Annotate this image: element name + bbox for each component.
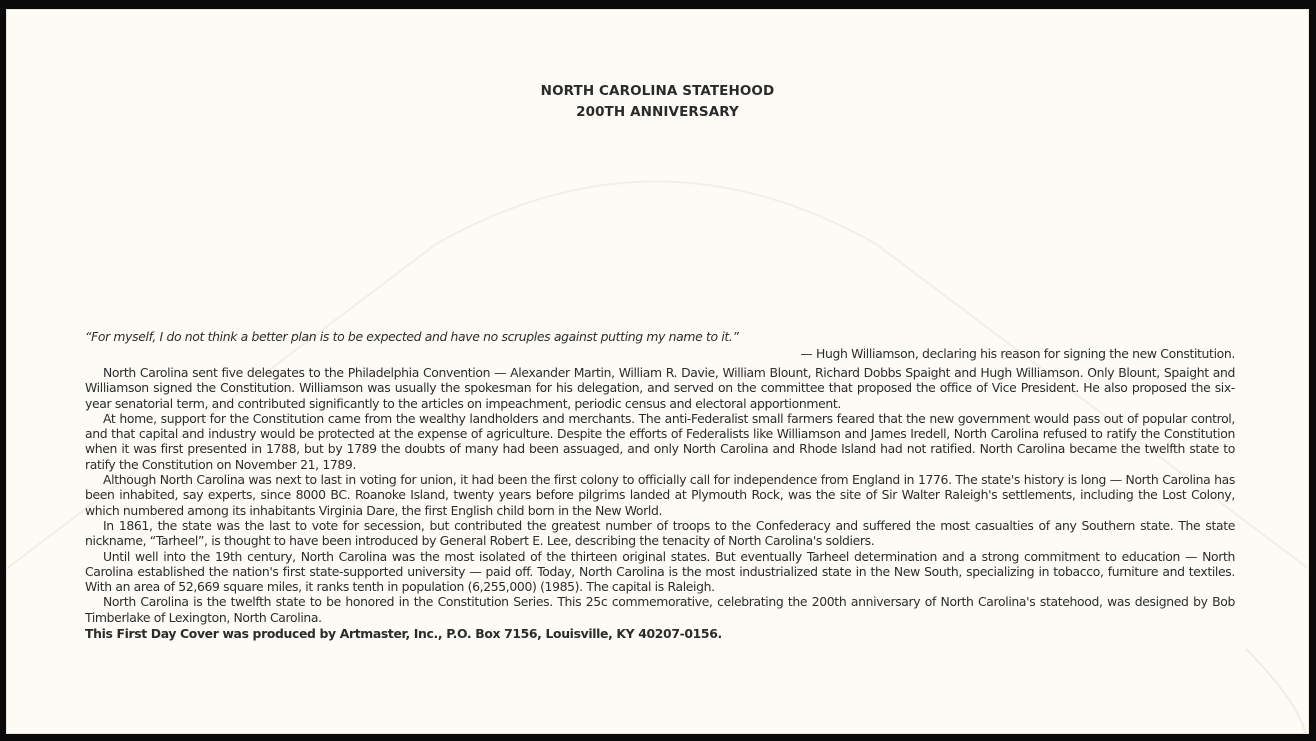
quote-attribution: — Hugh Williamson, declaring his reason … bbox=[85, 346, 1235, 362]
paragraph-stamp: North Carolina is the twelfth state to b… bbox=[85, 594, 1235, 625]
paragraph-civil-war: In 1861, the state was the last to vote … bbox=[85, 518, 1235, 549]
heading-title: NORTH CAROLINA STATEHOOD bbox=[6, 81, 1309, 102]
paragraph-ratification: At home, support for the Constitution ca… bbox=[85, 411, 1235, 472]
producer-credit: This First Day Cover was produced by Art… bbox=[85, 625, 1235, 643]
heading-subtitle: 200TH ANNIVERSARY bbox=[6, 102, 1309, 123]
paragraph-modern: Until well into the 19th century, North … bbox=[85, 549, 1235, 595]
paragraph-history: Although North Carolina was next to last… bbox=[85, 472, 1235, 518]
paragraph-delegates: North Carolina sent five delegates to th… bbox=[85, 365, 1235, 411]
envelope-back: NORTH CAROLINA STATEHOOD 200TH ANNIVERSA… bbox=[6, 9, 1309, 734]
williamson-quote: “For myself, I do not think a better pla… bbox=[85, 327, 1235, 346]
cover-text: “For myself, I do not think a better pla… bbox=[85, 327, 1235, 643]
cover-heading: NORTH CAROLINA STATEHOOD 200TH ANNIVERSA… bbox=[6, 81, 1309, 123]
